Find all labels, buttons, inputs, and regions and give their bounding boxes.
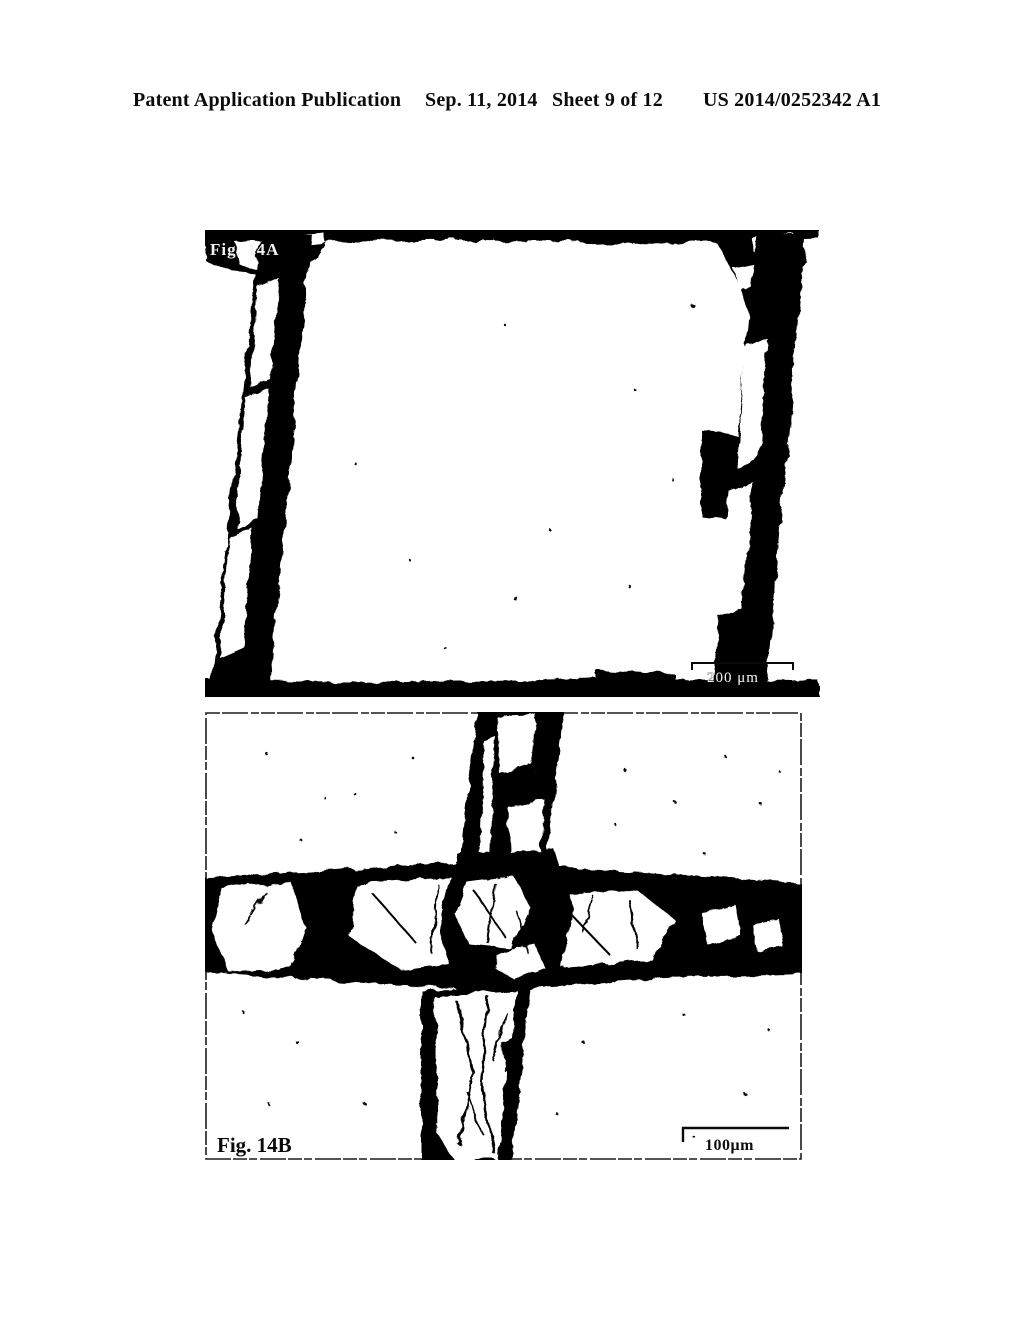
lower-vertical-strand bbox=[421, 984, 531, 1160]
patent-number: US 2014/0252342 A1 bbox=[703, 89, 881, 112]
figure-14a-scale-bar-label: 200 μm bbox=[707, 670, 759, 686]
figure-14b-scale-bar-label: 100μm bbox=[705, 1137, 754, 1154]
patent-page: Patent Application Publication Sep. 11, … bbox=[0, 0, 1024, 1320]
left-strand bbox=[209, 234, 311, 697]
figure-14a-micrograph: 200 μm Fig. 14A bbox=[205, 230, 820, 697]
figure-14b-label: Fig. 14B bbox=[217, 1133, 292, 1157]
scale-bar-100um: 100μm bbox=[683, 1128, 789, 1154]
page-header: Patent Application Publication Sep. 11, … bbox=[0, 0, 1024, 140]
right-strand bbox=[701, 234, 806, 697]
publication-date: Sep. 11, 2014 bbox=[425, 89, 538, 112]
mesh-cell-frame bbox=[205, 230, 820, 697]
fiber-junction bbox=[205, 712, 802, 1160]
dust-specks bbox=[354, 304, 695, 650]
publication-title: Patent Application Publication bbox=[133, 89, 401, 112]
figure-14a-label: Fig. 14A bbox=[210, 240, 279, 259]
sheet-number: Sheet 9 of 12 bbox=[552, 89, 663, 112]
figure-14b-micrograph: 100μm Fig. 14B bbox=[205, 712, 802, 1160]
